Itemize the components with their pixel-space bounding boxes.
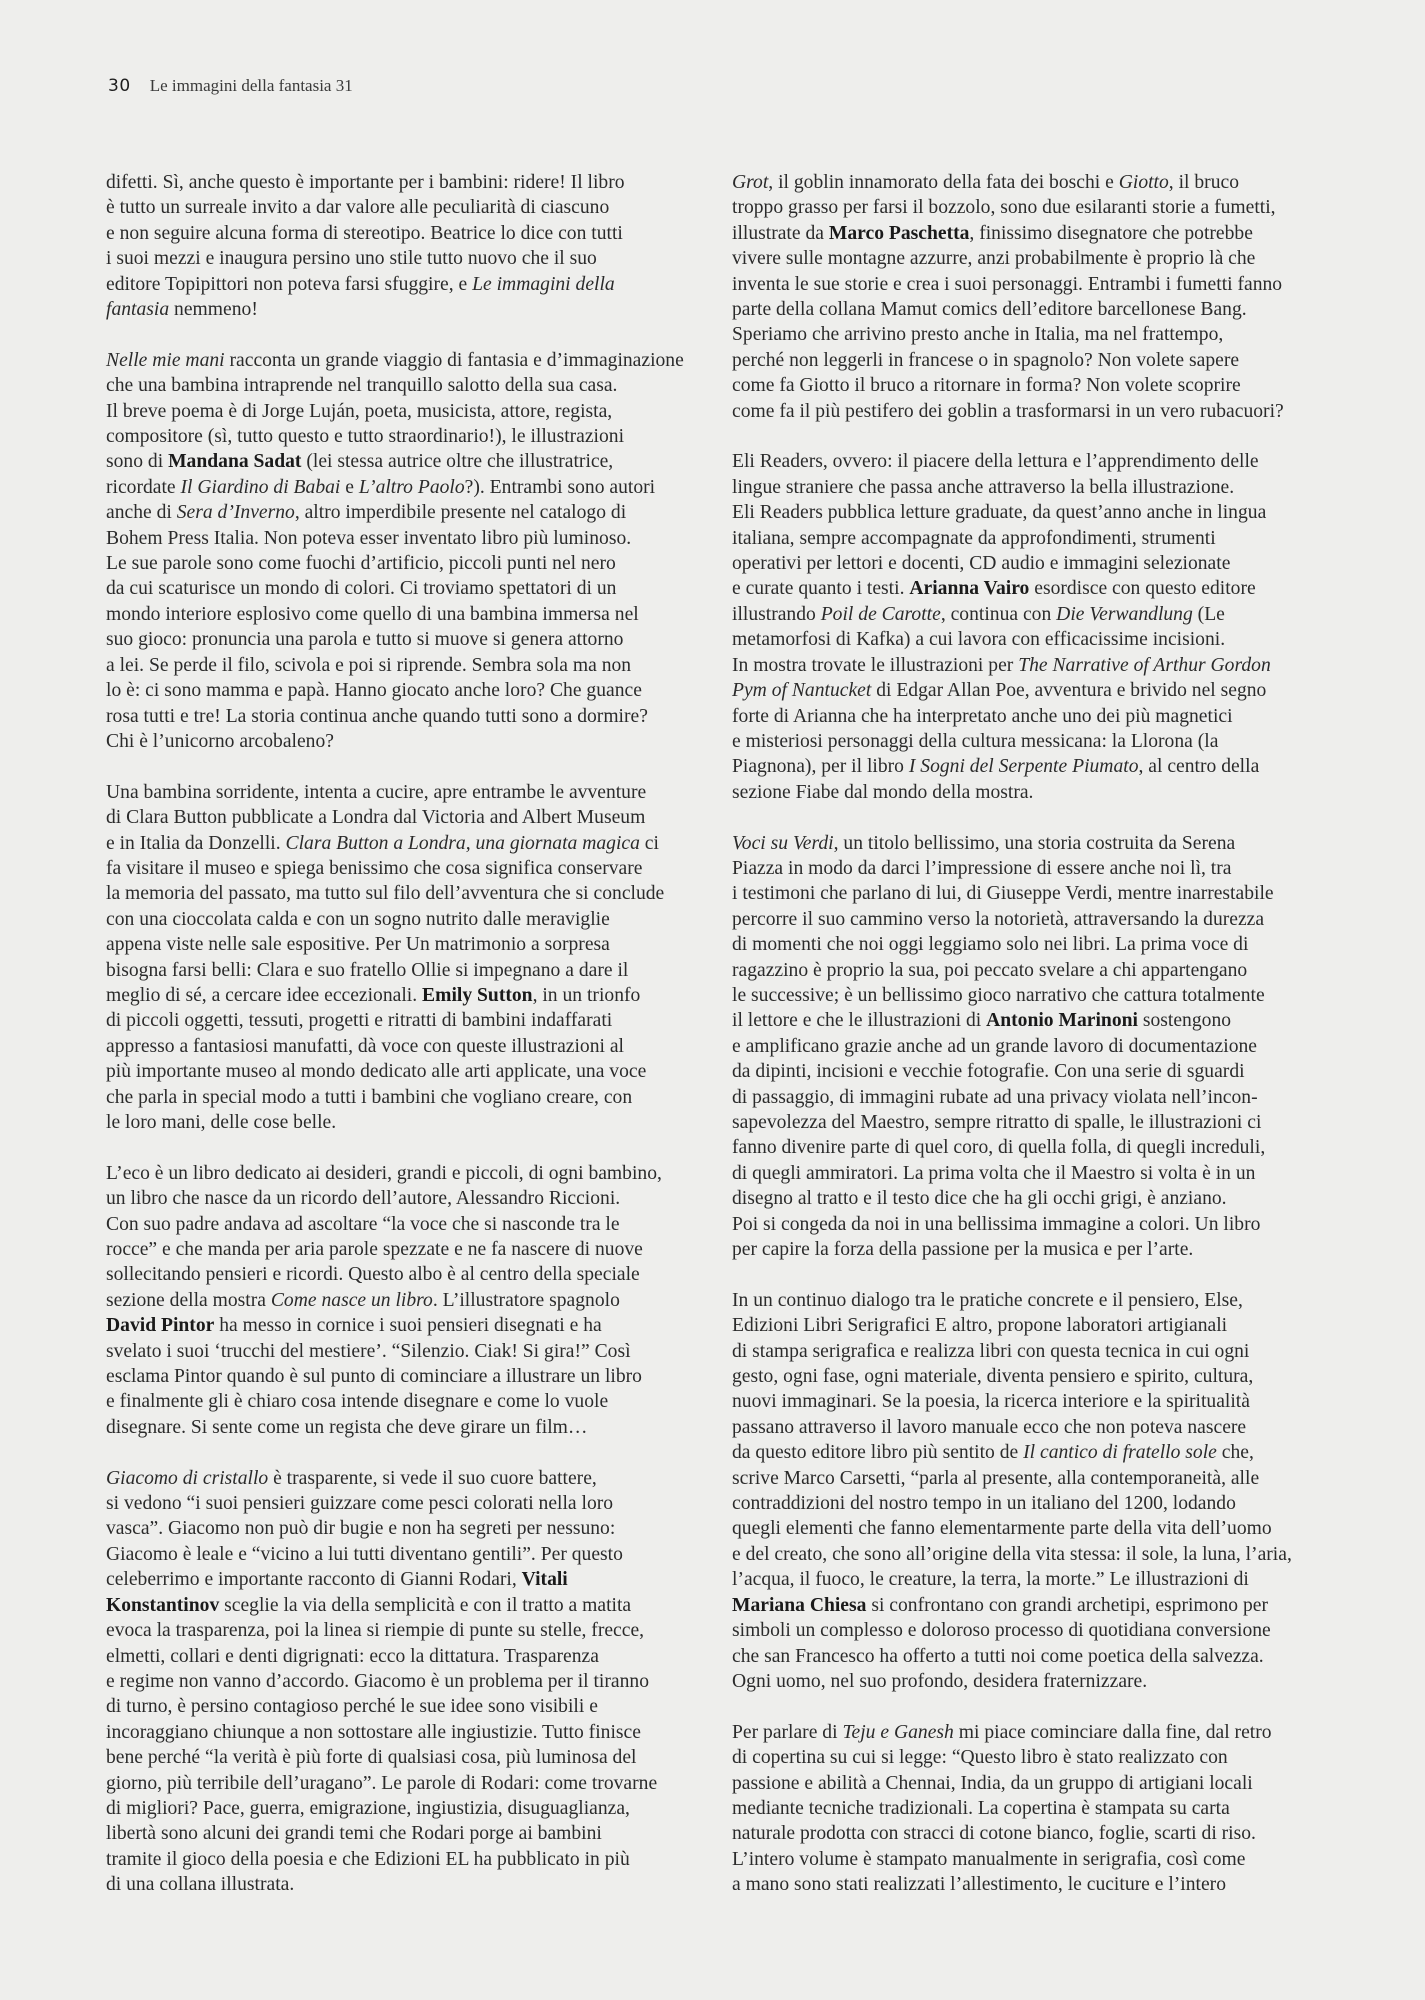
text-line: che parla in special modo a tutti i bamb… bbox=[106, 1085, 711, 1110]
text-line: suo gioco: pronuncia una parola e tutto … bbox=[106, 627, 711, 652]
text-line: il lettore e che le illustrazioni di Ant… bbox=[732, 1008, 1344, 1033]
text-run: e in Italia da Donzelli. bbox=[106, 833, 286, 854]
text-line: e finalmente gli è chiaro cosa intende d… bbox=[106, 1389, 711, 1414]
text-line: e non seguire alcuna forma di stereotipo… bbox=[106, 221, 711, 246]
text-run: illustrando bbox=[732, 604, 821, 625]
text-line: Mariana Chiesa si confrontano con grandi… bbox=[732, 1593, 1344, 1618]
illustrator-name: Arianna Vairo bbox=[909, 578, 1029, 599]
text-run: anche di bbox=[106, 502, 177, 523]
book-title: Pym of Nantucket bbox=[732, 680, 871, 701]
text-line: appena viste nelle sale espositive. Per … bbox=[106, 932, 711, 957]
text-run: , continua con bbox=[941, 604, 1056, 625]
text-line: simboli un complesso e doloroso processo… bbox=[732, 1618, 1344, 1643]
text-run: e bbox=[340, 477, 359, 498]
paragraph-leco: L’eco è un libro dedicato ai desideri, g… bbox=[106, 1161, 711, 1440]
text-line: le loro mani, delle cose belle. bbox=[106, 1110, 711, 1135]
text-run: nemmeno! bbox=[169, 299, 258, 320]
left-column: difetti. Sì, anche questo è importante p… bbox=[106, 170, 711, 1923]
text-line: fantasia nemmeno! bbox=[106, 297, 711, 322]
paragraph-giacomo: Giacomo di cristallo è trasparente, si v… bbox=[106, 1466, 711, 1898]
text-line: mediante tecniche tradizionali. La coper… bbox=[732, 1796, 1344, 1821]
paragraph-voci-su-verdi: Voci su Verdi, un titolo bellissimo, una… bbox=[732, 831, 1344, 1263]
text-line: Per parlare di Teju e Ganesh mi piace co… bbox=[732, 1720, 1344, 1745]
text-line: Giacomo di cristallo è trasparente, si v… bbox=[106, 1466, 711, 1491]
text-line: difetti. Sì, anche questo è importante p… bbox=[106, 170, 711, 195]
text-line: celeberrimo e importante racconto di Gia… bbox=[106, 1567, 711, 1592]
book-title: L’altro Paolo bbox=[359, 477, 465, 498]
text-line: e misteriosi personaggi della cultura me… bbox=[732, 729, 1344, 754]
text-line: L’intero volume è stampato manualmente i… bbox=[732, 1847, 1344, 1872]
text-line: evoca la trasparenza, poi la linea si ri… bbox=[106, 1618, 711, 1643]
text-line: naturale prodotta con stracci di cotone … bbox=[732, 1821, 1344, 1846]
text-run: Per parlare di bbox=[732, 1722, 842, 1743]
text-line: l’acqua, il fuoco, le creature, la terra… bbox=[732, 1567, 1344, 1592]
book-title: Giotto bbox=[1119, 172, 1169, 193]
text-line: passano attraverso il lavoro manuale ecc… bbox=[732, 1415, 1344, 1440]
text-line: giorno, più terribile dell’uragano”. Le … bbox=[106, 1771, 711, 1796]
text-run: racconta un grande viaggio di fantasia e… bbox=[225, 350, 684, 371]
text-line: Eli Readers, ovvero: il piacere della le… bbox=[732, 449, 1344, 474]
text-line: bene perché “la verità è più forte di qu… bbox=[106, 1745, 711, 1770]
text-run: , altro imperdibile presente nel catalog… bbox=[295, 502, 626, 523]
text-run: , al centro della bbox=[1139, 756, 1260, 777]
text-line: da dipinti, incisioni e vecchie fotograf… bbox=[732, 1059, 1344, 1084]
paragraph-clara-button: Una bambina sorridente, intenta a cucire… bbox=[106, 780, 711, 1136]
text-run: In mostra trovate le illustrazioni per bbox=[732, 655, 1018, 676]
text-line: parte della collana Mamut comics dell’ed… bbox=[732, 297, 1344, 322]
text-line: contraddizioni del nostro tempo in un it… bbox=[732, 1491, 1344, 1516]
text-line: di una collana illustrata. bbox=[106, 1872, 711, 1897]
text-line: forte di Arianna che ha interpretato anc… bbox=[732, 704, 1344, 729]
illustrator-name: Mandana Sadat bbox=[168, 451, 301, 472]
text-line: operativi per lettori e docenti, CD audi… bbox=[732, 551, 1344, 576]
text-line: gesto, ogni fase, ogni materiale, divent… bbox=[732, 1364, 1344, 1389]
text-run: ?). Entrambi sono autori bbox=[465, 477, 655, 498]
text-line: compositore (sì, tutto questo e tutto st… bbox=[106, 424, 711, 449]
text-line: di Clara Button pubblicate a Londra dal … bbox=[106, 805, 711, 830]
text-line: sapevolezza del Maestro, sempre ritratto… bbox=[732, 1110, 1344, 1135]
text-run: Piagnona), per il libro bbox=[732, 756, 909, 777]
book-title: Clara Button a Londra, una giornata magi… bbox=[286, 833, 640, 854]
text-line: Eli Readers pubblica letture graduate, d… bbox=[732, 500, 1344, 525]
text-line: meglio di sé, a cercare idee eccezionali… bbox=[106, 983, 711, 1008]
text-line: di migliori? Pace, guerra, emigrazione, … bbox=[106, 1796, 711, 1821]
illustrator-name: Antonio Marinoni bbox=[986, 1010, 1138, 1031]
text-run: , in un trionfo bbox=[533, 985, 641, 1006]
text-line: di passaggio, di immagini rubate ad una … bbox=[732, 1085, 1344, 1110]
text-run: mi piace cominciare dalla fine, dal retr… bbox=[954, 1722, 1272, 1743]
text-line: Voci su Verdi, un titolo bellissimo, una… bbox=[732, 831, 1344, 856]
text-line: di copertina su cui si legge: “Questo li… bbox=[732, 1745, 1344, 1770]
text-line: un libro che nasce da un ricordo dell’au… bbox=[106, 1186, 711, 1211]
text-run: celeberrimo e importante racconto di Gia… bbox=[106, 1569, 522, 1590]
text-line: Konstantinov sceglie la via della sempli… bbox=[106, 1593, 711, 1618]
text-line: fanno divenire parte di quel coro, di qu… bbox=[732, 1135, 1344, 1160]
book-title: Voci su Verdi bbox=[732, 833, 834, 854]
book-title: Giacomo di cristallo bbox=[106, 1468, 268, 1489]
text-run: illustrate da bbox=[732, 223, 829, 244]
text-run: sceglie la via della semplicità e con il… bbox=[219, 1595, 631, 1616]
book-title: The Narrative of Arthur Gordon bbox=[1018, 655, 1271, 676]
book-title: Die Verwandlung bbox=[1056, 604, 1193, 625]
text-line: disegnare. Si sente come un regista che … bbox=[106, 1415, 711, 1440]
text-line: disegno al tratto e il testo dice che ha… bbox=[732, 1186, 1344, 1211]
text-line: Chi è l’unicorno arcobaleno? bbox=[106, 729, 711, 754]
text-line: ricordate Il Giardino di Babai e L’altro… bbox=[106, 475, 711, 500]
text-line: vasca”. Giacomo non può dir bugie e non … bbox=[106, 1516, 711, 1541]
paragraph-beatrice: difetti. Sì, anche questo è importante p… bbox=[106, 170, 711, 322]
text-line: a lei. Se perde il filo, scivola e poi s… bbox=[106, 653, 711, 678]
text-line: Pym of Nantucket di Edgar Allan Poe, avv… bbox=[732, 678, 1344, 703]
text-line: quegli elementi che fanno elementarmente… bbox=[732, 1516, 1344, 1541]
text-line: illustrando Poil de Carotte, continua co… bbox=[732, 602, 1344, 627]
text-line: da cui scaturisce un mondo di colori. Ci… bbox=[106, 576, 711, 601]
text-line: i testimoni che parlano di lui, di Giuse… bbox=[732, 881, 1344, 906]
text-run: . L’illustratore spagnolo bbox=[433, 1290, 620, 1311]
text-run: , finissimo disegnatore che potrebbe bbox=[969, 223, 1253, 244]
text-line: vivere sulle montagne azzurre, anzi prob… bbox=[732, 246, 1344, 271]
text-run: (Le bbox=[1193, 604, 1225, 625]
text-line: troppo grasso per farsi il bozzolo, sono… bbox=[732, 195, 1344, 220]
text-line: mondo interiore esplosivo come quello di… bbox=[106, 602, 711, 627]
text-line: inventa le sue storie e crea i suoi pers… bbox=[732, 272, 1344, 297]
text-run: sostengono bbox=[1138, 1010, 1231, 1031]
text-line: che san Francesco ha offerto a tutti noi… bbox=[732, 1644, 1344, 1669]
text-run: di Edgar Allan Poe, avventura e brivido … bbox=[871, 680, 1266, 701]
book-title: I Sogni del Serpente Piumato bbox=[909, 756, 1139, 777]
text-line: svelato i suoi ‘trucchi del mestiere’. “… bbox=[106, 1339, 711, 1364]
text-line: di turno, è persino contagioso perché le… bbox=[106, 1694, 711, 1719]
text-line: rosa tutti e tre! La storia continua anc… bbox=[106, 704, 711, 729]
book-title: fantasia bbox=[106, 299, 169, 320]
section-title: Le immagini della fantasia 31 bbox=[150, 76, 353, 95]
running-head: 30 Le immagini della fantasia 31 bbox=[108, 76, 353, 96]
book-title: Il cantico di fratello sole bbox=[1023, 1442, 1217, 1463]
text-line: Ogni uomo, nel suo profondo, desidera fr… bbox=[732, 1669, 1344, 1694]
text-line: Piagnona), per il libro I Sogni del Serp… bbox=[732, 754, 1344, 779]
text-line: per capire la forza della passione per l… bbox=[732, 1237, 1344, 1262]
text-run: è trasparente, si vede il suo cuore batt… bbox=[268, 1468, 597, 1489]
text-run: il lettore e che le illustrazioni di bbox=[732, 1010, 986, 1031]
text-run: che, bbox=[1217, 1442, 1254, 1463]
text-line: Bohem Press Italia. Non poteva esser inv… bbox=[106, 526, 711, 551]
text-line: sezione Fiabe dal mondo della mostra. bbox=[732, 780, 1344, 805]
illustrator-name: Emily Sutton bbox=[422, 985, 533, 1006]
text-run: ci bbox=[640, 833, 659, 854]
text-run: , un titolo bellissimo, una storia costr… bbox=[834, 833, 1236, 854]
text-line: e curate quanto i testi. Arianna Vairo e… bbox=[732, 576, 1344, 601]
text-line: a mano sono stati realizzati l’allestime… bbox=[732, 1872, 1344, 1897]
text-line: rocce” e che manda per aria parole spezz… bbox=[106, 1237, 711, 1262]
text-line: si vedono “i suoi pensieri guizzare come… bbox=[106, 1491, 711, 1516]
text-line: le successive; è un bellissimo gioco nar… bbox=[732, 983, 1344, 1008]
text-line: come fa Giotto il bruco a ritornare in f… bbox=[732, 373, 1344, 398]
text-line: Piazza in modo da darci l’impressione di… bbox=[732, 856, 1344, 881]
text-run: meglio di sé, a cercare idee eccezionali… bbox=[106, 985, 422, 1006]
text-line: Grot, il goblin innamorato della fata de… bbox=[732, 170, 1344, 195]
text-run: esordisce con questo editore bbox=[1029, 578, 1255, 599]
book-title: Poil de Carotte bbox=[821, 604, 941, 625]
text-line: più importante museo al mondo dedicato a… bbox=[106, 1059, 711, 1084]
text-line: In mostra trovate le illustrazioni per T… bbox=[732, 653, 1344, 678]
text-line: sono di Mandana Sadat (lei stessa autric… bbox=[106, 449, 711, 474]
text-line: passione e abilità a Chennai, India, da … bbox=[732, 1771, 1344, 1796]
book-title: Nelle mie mani bbox=[106, 350, 225, 371]
text-line: sezione della mostra Come nasce un libro… bbox=[106, 1288, 711, 1313]
paragraph-nelle-mie-mani: Nelle mie mani racconta un grande viaggi… bbox=[106, 348, 711, 755]
text-line: Giacomo è leale e “vicino a lui tutti di… bbox=[106, 1542, 711, 1567]
text-run: da questo editore libro più sentito de bbox=[732, 1442, 1023, 1463]
text-line: Nelle mie mani racconta un grande viaggi… bbox=[106, 348, 711, 373]
text-line: di piccoli oggetti, tessuti, progetti e … bbox=[106, 1008, 711, 1033]
exhibition-title: Come nasce un libro bbox=[271, 1290, 433, 1311]
text-line: è tutto un surreale invito a dar valore … bbox=[106, 195, 711, 220]
text-line: metamorfosi di Kafka) a cui lavora con e… bbox=[732, 627, 1344, 652]
book-title: Grot bbox=[732, 172, 768, 193]
illustrator-name: Marco Paschetta bbox=[829, 223, 970, 244]
text-run: e curate quanto i testi. bbox=[732, 578, 909, 599]
text-run: ricordate bbox=[106, 477, 181, 498]
text-line: percorre il suo cammino verso la notorie… bbox=[732, 907, 1344, 932]
text-line: tramite il gioco della poesia e che Ediz… bbox=[106, 1847, 711, 1872]
text-line: libertà sono alcuni dei grandi temi che … bbox=[106, 1821, 711, 1846]
text-line: In un continuo dialogo tra le pratiche c… bbox=[732, 1288, 1344, 1313]
illustrator-name: David Pintor bbox=[106, 1315, 214, 1336]
text-run: , il bruco bbox=[1169, 172, 1239, 193]
text-line: italiana, sempre accompagnate da approfo… bbox=[732, 526, 1344, 551]
text-line: Una bambina sorridente, intenta a cucire… bbox=[106, 780, 711, 805]
text-line: la memoria del passato, ma tutto sul fil… bbox=[106, 881, 711, 906]
book-title: Le immagini della bbox=[472, 274, 615, 295]
right-column: Grot, il goblin innamorato della fata de… bbox=[732, 170, 1344, 1923]
text-line: perché non leggerli in francese o in spa… bbox=[732, 348, 1344, 373]
text-line: Poi si congeda da noi in una bellissima … bbox=[732, 1212, 1344, 1237]
text-line: e in Italia da Donzelli. Clara Button a … bbox=[106, 831, 711, 856]
text-line: da questo editore libro più sentito de I… bbox=[732, 1440, 1344, 1465]
text-line: esclama Pintor quando è sul punto di com… bbox=[106, 1364, 711, 1389]
text-line: Speriamo che arrivino presto anche in It… bbox=[732, 322, 1344, 347]
text-line: appresso a fantasiosi manufatti, dà voce… bbox=[106, 1034, 711, 1059]
text-line: scrive Marco Carsetti, “parla al present… bbox=[732, 1466, 1344, 1491]
paragraph-cantico: In un continuo dialogo tra le pratiche c… bbox=[732, 1288, 1344, 1695]
text-line: Le sue parole sono come fuochi d’artific… bbox=[106, 551, 711, 576]
text-line: lingue straniere che passa anche attrave… bbox=[732, 475, 1344, 500]
text-run: , il goblin innamorato della fata dei bo… bbox=[768, 172, 1118, 193]
text-run: editore Topipittori non poteva farsi sfu… bbox=[106, 274, 472, 295]
text-line: Con suo padre andava ad ascoltare “la vo… bbox=[106, 1212, 711, 1237]
text-line: sollecitando pensieri e ricordi. Questo … bbox=[106, 1262, 711, 1287]
text-line: lo è: ci sono mamma e papà. Hanno giocat… bbox=[106, 678, 711, 703]
paragraph-teju-ganesh: Per parlare di Teju e Ganesh mi piace co… bbox=[732, 1720, 1344, 1898]
paragraph-grot-giotto: Grot, il goblin innamorato della fata de… bbox=[732, 170, 1344, 424]
paragraph-eli-readers: Eli Readers, ovvero: il piacere della le… bbox=[732, 449, 1344, 805]
book-title: Sera d’Inverno bbox=[177, 502, 295, 523]
text-line: Il breve poema è di Jorge Luján, poeta, … bbox=[106, 399, 711, 424]
text-line: elmetti, collari e denti digrignati: ecc… bbox=[106, 1644, 711, 1669]
illustrator-name: Vitali bbox=[522, 1569, 568, 1590]
text-line: ragazzino è proprio la sua, poi peccato … bbox=[732, 958, 1344, 983]
illustrator-name: Mariana Chiesa bbox=[732, 1595, 866, 1616]
text-line: di quegli ammiratori. La prima volta che… bbox=[732, 1161, 1344, 1186]
book-title: Teju e Ganesh bbox=[842, 1722, 953, 1743]
text-run: sezione della mostra bbox=[106, 1290, 271, 1311]
text-line: che una bambina intraprende nel tranquil… bbox=[106, 373, 711, 398]
text-run: si confrontano con grandi archetipi, esp… bbox=[866, 1595, 1268, 1616]
text-line: di momenti che noi oggi leggiamo solo ne… bbox=[732, 932, 1344, 957]
page-number: 30 bbox=[108, 76, 131, 96]
text-line: anche di Sera d’Inverno, altro imperdibi… bbox=[106, 500, 711, 525]
text-line: bisogna farsi belli: Clara e suo fratell… bbox=[106, 958, 711, 983]
text-line: i suoi mezzi e inaugura persino uno stil… bbox=[106, 246, 711, 271]
text-line: nuovi immaginari. Se la poesia, la ricer… bbox=[732, 1389, 1344, 1414]
text-line: editore Topipittori non poteva farsi sfu… bbox=[106, 272, 711, 297]
text-line: L’eco è un libro dedicato ai desideri, g… bbox=[106, 1161, 711, 1186]
text-run: (lei stessa autrice oltre che illustratr… bbox=[301, 451, 613, 472]
text-line: illustrate da Marco Paschetta, finissimo… bbox=[732, 221, 1344, 246]
text-line: incoraggiano chiunque a non sottostare a… bbox=[106, 1720, 711, 1745]
text-line: fa visitare il museo e spiega benissimo … bbox=[106, 856, 711, 881]
text-line: di stampa serigrafica e realizza libri c… bbox=[732, 1339, 1344, 1364]
text-line: Edizioni Libri Serigrafici E altro, prop… bbox=[732, 1313, 1344, 1338]
text-line: con una cioccolata calda e con un sogno … bbox=[106, 907, 711, 932]
text-line: David Pintor ha messo in cornice i suoi … bbox=[106, 1313, 711, 1338]
text-line: come fa il più pestifero dei goblin a tr… bbox=[732, 399, 1344, 424]
text-line: e amplificano grazie anche ad un grande … bbox=[732, 1034, 1344, 1059]
illustrator-name: Konstantinov bbox=[106, 1595, 219, 1616]
text-run: sono di bbox=[106, 451, 168, 472]
book-title: Il Giardino di Babai bbox=[181, 477, 341, 498]
text-run: ha messo in cornice i suoi pensieri dise… bbox=[214, 1315, 601, 1336]
text-line: e regime non vanno d’accordo. Giacomo è … bbox=[106, 1669, 711, 1694]
text-line: e del creato, che sono all’origine della… bbox=[732, 1542, 1344, 1567]
